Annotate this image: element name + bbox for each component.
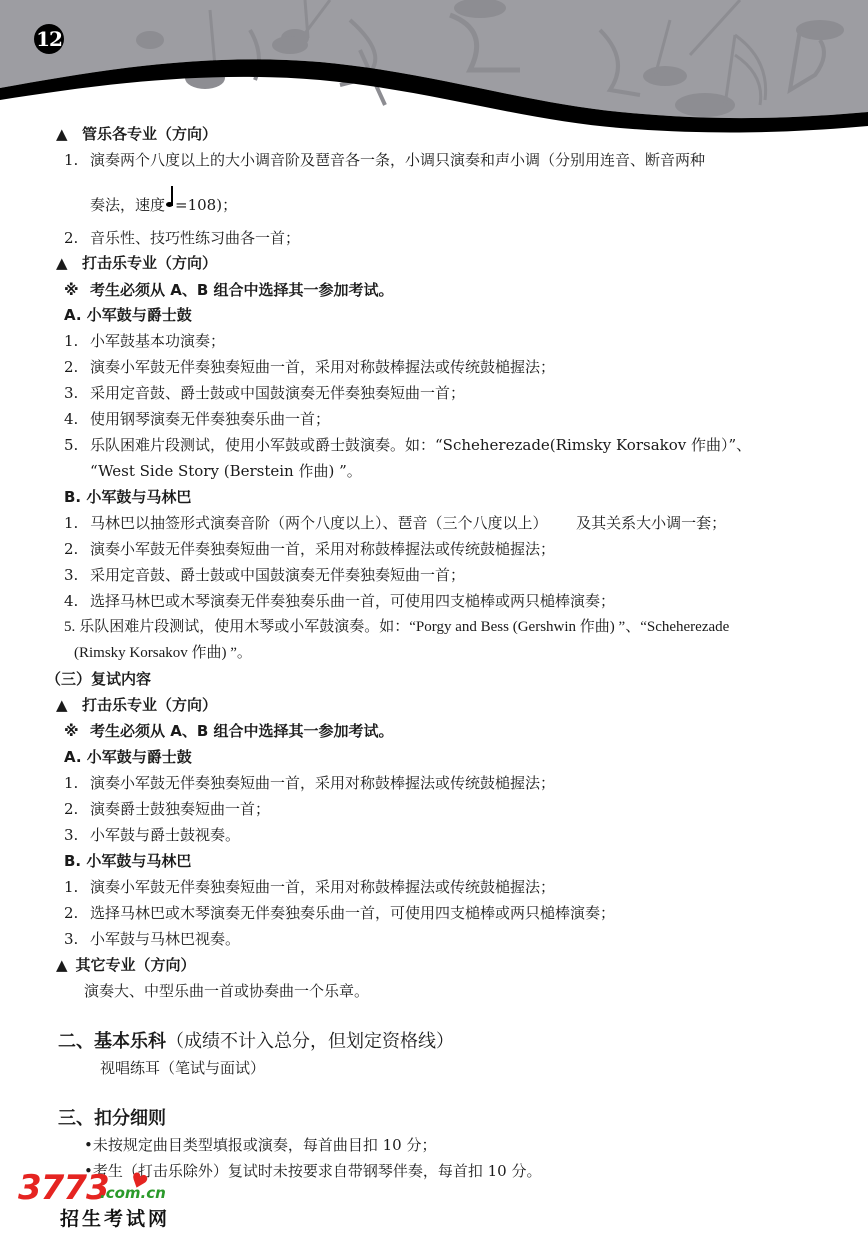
retest-percussion-note: ※考生必须从 A、B 组合中选择其一参加考试。 (64, 721, 394, 741)
list-item: 2.选择马林巴或木琴演奏无伴奏独奏乐曲一首，可使用四支槌棒或两只槌棒演奏； (64, 903, 615, 923)
list-item-continuation: “West Side Story (Berstein 作曲) ”。 (90, 461, 362, 481)
list-item: 1.演奏小军鼓无伴奏独奏短曲一首，采用对称鼓棒握法或传统鼓槌握法； (64, 773, 555, 793)
basic-heading: 二、基本乐科（成绩不计入总分，但划定资格线） (58, 1030, 454, 1054)
list-item: 1.马林巴以抽签形式演奏音阶（两个八度以上）、琶音（三个八度以上） 及其关系大小… (64, 513, 726, 533)
logo-subtitle: 招生考试网 (60, 1204, 170, 1231)
quarter-note-icon (165, 194, 175, 212)
group-b-title: B. 小军鼓与马林巴 (64, 487, 191, 507)
triangle-bullet-icon: ▲ (56, 253, 82, 273)
list-item: 1.小军鼓基本功演奏； (64, 331, 225, 351)
list-item: 3.小军鼓与爵士鼓视奏。 (64, 825, 240, 845)
list-item: 1.演奏小军鼓无伴奏独奏短曲一首，采用对称鼓棒握法或传统鼓槌握法； (64, 877, 555, 897)
list-item: 2.演奏小军鼓无伴奏独奏短曲一首，采用对称鼓棒握法或传统鼓槌握法； (64, 539, 555, 559)
list-item: 4.使用钢琴演奏无伴奏独奏乐曲一首； (64, 409, 330, 429)
triangle-bullet-icon: ▲ (56, 124, 82, 144)
group-a-title: A. 小军鼓与爵士鼓 (64, 305, 192, 325)
music-notes-banner (0, 0, 868, 140)
list-item: 3.采用定音鼓、爵士鼓或中国鼓演奏无伴奏独奏短曲一首； (64, 565, 465, 585)
logo-domain: .com.cn (100, 1184, 166, 1202)
percussion-heading: ▲打击乐专业（方向） (56, 253, 217, 273)
basic-text: 视唱练耳（笔试与面试） (100, 1058, 265, 1078)
list-item: 2.演奏爵士鼓独奏短曲一首； (64, 799, 270, 819)
percussion-note: ※考生必须从 A、B 组合中选择其一参加考试。 (64, 280, 394, 300)
retest-heading: （三）复试内容 (46, 669, 151, 689)
deductions-heading: 三、扣分细则 (58, 1107, 166, 1131)
header-banner: 12 (0, 0, 868, 140)
list-item: 3.采用定音鼓、爵士鼓或中国鼓演奏无伴奏独奏短曲一首； (64, 383, 465, 403)
logo-number: 3773 (18, 1168, 109, 1208)
watermark-logo: 3773 ♥ .com.cn 招生考试网 (18, 1168, 218, 1234)
retest-group-a-title: A. 小军鼓与爵士鼓 (64, 747, 192, 767)
other-heading: ▲其它专业（方向） (56, 955, 196, 975)
page-number-badge: 12 (34, 24, 64, 54)
triangle-bullet-icon: ▲ (56, 956, 68, 974)
winds-heading: ▲管乐各专业（方向） (56, 124, 217, 144)
triangle-bullet-icon: ▲ (56, 695, 82, 715)
deduction-item: •未按规定曲目类型填报或演奏，每首曲目扣 10 分； (84, 1135, 436, 1155)
list-item: 5.乐队困难片段测试，使用木琴或小军鼓演奏。如：“Porgy and Bess … (64, 617, 729, 637)
reference-mark-icon: ※ (64, 721, 90, 741)
list-item-continuation: 奏法，速度=108)； (90, 194, 237, 215)
list-item-continuation: (Rimsky Korsakov 作曲) ”。 (74, 643, 252, 663)
list-item: 1.演奏两个八度以上的大小调音阶及琶音各一条，小调只演奏和声小调（分别用连音、断… (64, 150, 705, 170)
list-item: 2.演奏小军鼓无伴奏独奏短曲一首，采用对称鼓棒握法或传统鼓槌握法； (64, 357, 555, 377)
list-item: 3.小军鼓与马林巴视奏。 (64, 929, 240, 949)
reference-mark-icon: ※ (64, 280, 90, 300)
list-item: 2.音乐性、技巧性练习曲各一首； (64, 228, 300, 248)
retest-percussion-heading: ▲打击乐专业（方向） (56, 695, 217, 715)
list-item: 5.乐队困难片段测试，使用小军鼓或爵士鼓演奏。如：“Scheherezade(R… (64, 435, 751, 455)
retest-group-b-title: B. 小军鼓与马林巴 (64, 851, 191, 871)
list-item: 4.选择马林巴或木琴演奏无伴奏独奏乐曲一首，可使用四支槌棒或两只槌棒演奏； (64, 591, 615, 611)
other-text: 演奏大、中型乐曲一首或协奏曲一个乐章。 (84, 981, 369, 1001)
